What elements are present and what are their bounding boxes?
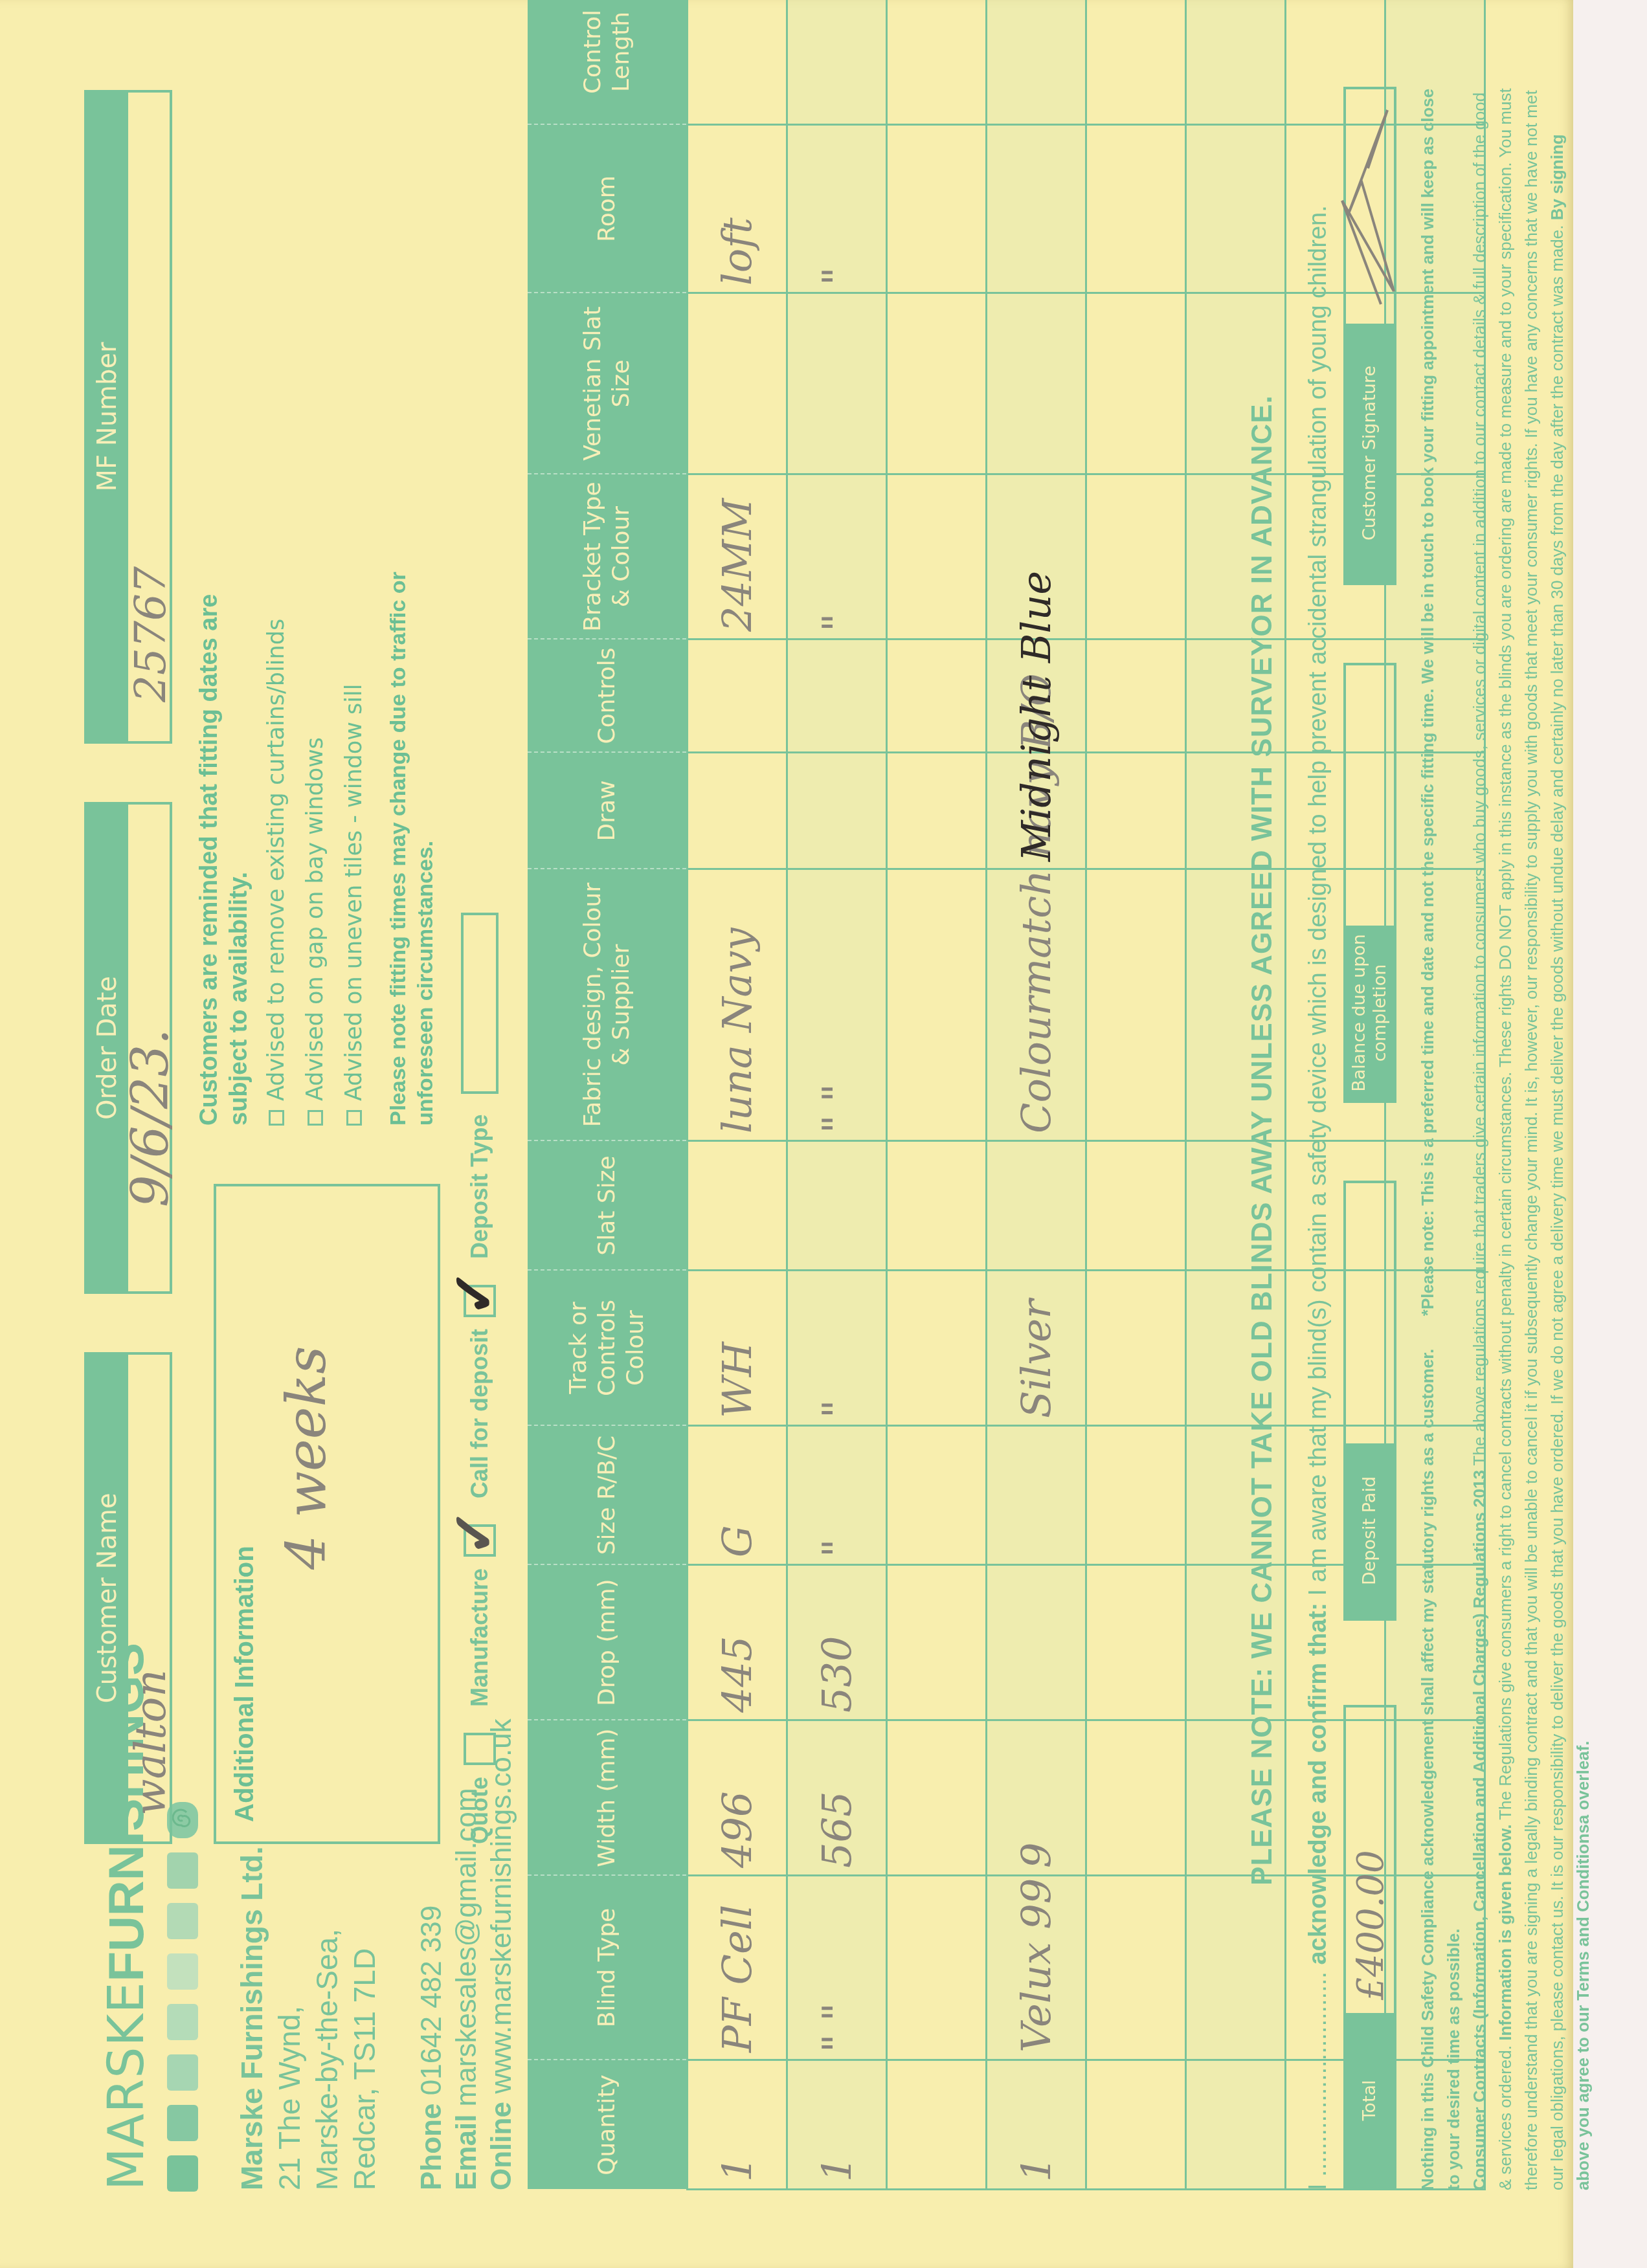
mf-number-field[interactable]: MF Number 25767 [84, 90, 172, 744]
fabric-swatch-icon [167, 2004, 198, 2040]
deposit-paid-label: Deposit Paid [1346, 1443, 1394, 1618]
column-header: Track or Controls Colour [528, 1271, 688, 1426]
column-header: Fabric design, Colour & Supplier [528, 869, 688, 1141]
customer-name-label: Customer Name [87, 1355, 128, 1841]
table-cell[interactable]: Silver [987, 1271, 1086, 1426]
table-cell[interactable] [887, 1720, 987, 1876]
table-cell[interactable] [787, 1141, 887, 1271]
order-table: QuantityBlind TypeWidth (mm)Drop (mm)Siz… [528, 0, 1486, 2190]
table-cell[interactable]: 445 [688, 1565, 787, 1720]
fabric-swatch-icon [167, 2155, 198, 2192]
checklist-label: Advised to remove existing curtains/blin… [260, 619, 293, 1101]
checklist-label: Advised on uneven tiles - window sill [338, 684, 370, 1101]
ack-bold: acknowledge and confirm that: [1305, 1603, 1332, 1965]
table-cell[interactable] [1086, 869, 1186, 1141]
signature-scribble-icon [1336, 78, 1400, 311]
table-cell[interactable] [887, 2060, 987, 2190]
table-cell[interactable]: " [787, 1271, 887, 1426]
table-cell[interactable]: 1 [987, 2060, 1086, 2190]
table-cell[interactable] [688, 293, 787, 474]
call-for-deposit-label: Call for deposit [466, 1329, 493, 1498]
table-row: 1PF Cell496445GWHluna Navy24MMloft£129.5… [688, 0, 787, 2190]
fabric-swatch-icon [167, 1852, 198, 1889]
table-cell[interactable] [887, 474, 987, 639]
table-cell[interactable] [887, 1426, 987, 1565]
table-cell[interactable] [887, 1141, 987, 1271]
table-cell[interactable]: G [688, 1426, 787, 1565]
table-cell[interactable]: WH [688, 1271, 787, 1426]
table-header-row: QuantityBlind TypeWidth (mm)Drop (mm)Siz… [528, 0, 688, 2190]
table-cell[interactable] [688, 1141, 787, 1271]
order-form: MARSKEFURNISHINGS Marske Furnishings Ltd… [0, 0, 1573, 2268]
table-cell[interactable] [787, 639, 887, 753]
table-cell[interactable] [1086, 639, 1186, 753]
checkbox-icon[interactable] [346, 1110, 362, 1126]
table-cell[interactable]: luna Navy [688, 869, 787, 1141]
column-header: Bracket Type & Colour [528, 474, 688, 639]
table-cell[interactable] [688, 753, 787, 869]
fabric-swatch-icon [167, 1903, 198, 1939]
column-header: Slat Size [528, 1141, 688, 1271]
table-cell[interactable]: 24MM [688, 474, 787, 639]
deposit-paid-value[interactable] [1346, 1183, 1394, 1443]
column-header: Room [528, 125, 688, 293]
table-cell[interactable] [1086, 474, 1186, 639]
column-header: Controls [528, 639, 688, 753]
email-label: Email [451, 2115, 482, 2190]
additional-information-box[interactable]: Additional Information 4 weeks [214, 1184, 440, 1844]
quote-label: Quote [466, 1777, 493, 1844]
table-cell[interactable] [1086, 1565, 1186, 1720]
table-cell[interactable] [1086, 1141, 1186, 1271]
column-header: Size R/B/C [528, 1426, 688, 1565]
table-cell[interactable] [1086, 1426, 1186, 1565]
table-cell[interactable]: 530 [787, 1565, 887, 1720]
call-for-deposit-checkbox[interactable] [464, 1285, 496, 1317]
legal-terms: Nothing in this Child Safety Compliance … [1415, 87, 1596, 2190]
legal-regulations-title: Consumer Contracts (Information, Cancell… [1470, 1470, 1489, 2190]
ack-text: I am aware that my blind(s) contain a sa… [1305, 205, 1332, 1595]
table-cell[interactable] [887, 1565, 987, 1720]
checkbox-icon[interactable] [308, 1110, 323, 1126]
total-field[interactable]: Total £400.00 [1343, 1705, 1396, 2190]
balance-due-label: Balance due upon completion [1346, 926, 1394, 1100]
table-cell[interactable] [987, 125, 1086, 293]
table-cell[interactable] [887, 753, 987, 869]
table-cell[interactable]: 1 [787, 2060, 887, 2190]
table-cell[interactable] [987, 293, 1086, 474]
column-header: Width (mm) [528, 1720, 688, 1876]
table-cell[interactable]: 9 [987, 1720, 1086, 1876]
table-cell[interactable] [1086, 1876, 1186, 2060]
mf-number-value[interactable]: 25767 [128, 93, 172, 741]
table-cell[interactable] [1086, 753, 1186, 869]
column-header: Venetian Slat Size [528, 293, 688, 474]
additional-information-label: Additional Information [230, 1546, 260, 1822]
table-cell[interactable]: Colourmatch navy B/O [987, 869, 1086, 1141]
table-cell[interactable]: Velux 99 [987, 1876, 1086, 2060]
legal-statutory: Nothing in this Child Safety Compliance … [1418, 1349, 1437, 2190]
table-cell[interactable] [887, 869, 987, 1141]
table-cell[interactable] [887, 293, 987, 474]
table-cell[interactable] [1086, 0, 1186, 125]
checkbox-icon[interactable] [269, 1110, 284, 1126]
table-cell[interactable] [887, 639, 987, 753]
table-cell[interactable] [987, 0, 1086, 125]
total-label: Total [1346, 2013, 1394, 2188]
additional-information-value[interactable]: 4 weeks [274, 1346, 338, 1570]
company-name: Marske Furnishings Ltd. [233, 1846, 271, 2190]
table-cell[interactable] [887, 1876, 987, 2060]
customer-name-value[interactable]: walton [128, 1355, 172, 1841]
column-header: Drop (mm) [528, 1565, 688, 1720]
table-cell[interactable] [1086, 293, 1186, 474]
table-cell[interactable]: PF Cell [688, 1876, 787, 2060]
signature-area[interactable] [1346, 89, 1394, 324]
table-row [1086, 0, 1186, 2190]
quote-checkbox[interactable] [464, 1733, 496, 1765]
table-cell[interactable]: 565 [787, 1720, 887, 1876]
ack-name-blank[interactable]: I .............................. [1305, 1972, 1332, 2190]
table-cell[interactable] [887, 0, 987, 125]
fabric-swatch-icon [167, 1953, 198, 1990]
manufacture-checkbox[interactable] [464, 1524, 496, 1557]
fabric-swatch-icon [167, 2054, 198, 2091]
table-cell[interactable]: 1 [688, 2060, 787, 2190]
checklist-item[interactable]: Advised on uneven tiles - window sill [338, 543, 370, 1126]
deposit-type-input[interactable] [461, 913, 499, 1094]
customer-signature-label: Customer Signature [1346, 324, 1394, 583]
old-blinds-notice: PLEASE NOTE: WE CANNOT TAKE OLD BLINDS A… [1246, 90, 1279, 2190]
table-row [887, 0, 987, 2190]
brand-name-light: MARSKE [97, 1982, 155, 2190]
reminder-heading: Customers are reminded that fitting date… [194, 543, 254, 1126]
table-cell[interactable]: " " [787, 1876, 887, 2060]
table-cell[interactable]: 496 [688, 1720, 787, 1876]
fitting-times-note: Please note fitting times may change due… [385, 543, 439, 1126]
checklist-item[interactable]: Advised to remove existing curtains/blin… [260, 543, 293, 1126]
table-cell[interactable] [787, 753, 887, 869]
legal-info-below: Information is given below. [1496, 1825, 1515, 2041]
table-cell[interactable] [1086, 125, 1186, 293]
table-row: 1" "565530""" """£130.47 [787, 0, 887, 2190]
total-value[interactable]: £400.00 [1346, 1707, 1394, 2013]
balance-due-field[interactable]: Balance due upon completion [1343, 663, 1396, 1103]
table-cell[interactable] [787, 0, 887, 125]
table-cell[interactable] [1086, 2060, 1186, 2190]
table-cell[interactable]: loft [688, 125, 787, 293]
customer-signature-field[interactable]: Customer Signature [1343, 87, 1396, 585]
table-cell[interactable] [887, 1271, 987, 1426]
table-cell[interactable]: " [787, 125, 887, 293]
address-line: Marske-by-the-Sea, [308, 1846, 346, 2190]
customer-name-field[interactable]: Customer Name walton [84, 1352, 172, 1844]
table-cell[interactable] [987, 1426, 1086, 1565]
table-cell[interactable]: " " [787, 869, 887, 1141]
checklist-item[interactable]: Advised on gap on bay windows [299, 543, 331, 1126]
column-header: Control Length [528, 0, 688, 125]
table-cell[interactable] [1086, 1271, 1186, 1426]
table-cell[interactable] [688, 639, 787, 753]
column-header: Blind Type [528, 1876, 688, 2060]
fitting-reminder: Customers are reminded that fitting date… [194, 543, 439, 1126]
swatch-strip [167, 1802, 198, 2192]
order-options: Quote Manufacture Call for deposit Depos… [461, 913, 499, 1844]
deposit-type-label: Deposit Type [466, 1115, 493, 1259]
table-cell[interactable] [887, 125, 987, 293]
address-line: 21 The Wynd, [271, 1846, 308, 2190]
table-cell[interactable] [987, 1141, 1086, 1271]
table-cell[interactable]: Midnight Blue [987, 753, 1086, 869]
deposit-paid-field[interactable]: Deposit Paid [1343, 1181, 1396, 1621]
table-cell[interactable] [987, 1565, 1086, 1720]
column-header: Quantity [528, 2060, 688, 2190]
table-cell[interactable]: " [787, 474, 887, 639]
table-cell[interactable] [1086, 1720, 1186, 1876]
table-cell[interactable] [787, 293, 887, 474]
table-row: 1Velux 999SilverColourmatch navy B/OMidn… [987, 0, 1086, 2190]
table-cell[interactable] [688, 0, 787, 125]
safety-acknowledgement: I .............................. acknowl… [1305, 205, 1332, 2190]
order-date-value[interactable]: 9/6/23. [128, 805, 172, 1291]
mf-number-label: MF Number [87, 93, 128, 741]
manufacture-label: Manufacture [466, 1568, 493, 1707]
phone-label: Phone [416, 2104, 447, 2190]
balance-due-value[interactable] [1346, 665, 1394, 926]
online-label: Online [486, 2102, 517, 2190]
table-cell[interactable]: " [787, 1426, 887, 1565]
phone-number[interactable]: 01642 482 339 [416, 1906, 447, 2096]
company-address: Marske Furnishings Ltd. 21 The Wynd, Mar… [233, 1846, 383, 2190]
address-line: Redcar, TS11 7LD [346, 1846, 383, 2190]
order-date-field[interactable]: Order Date 9/6/23. [84, 802, 172, 1294]
fabric-swatch-icon [167, 2105, 198, 2141]
column-header: Draw [528, 753, 688, 869]
checklist-label: Advised on gap on bay windows [299, 737, 331, 1101]
